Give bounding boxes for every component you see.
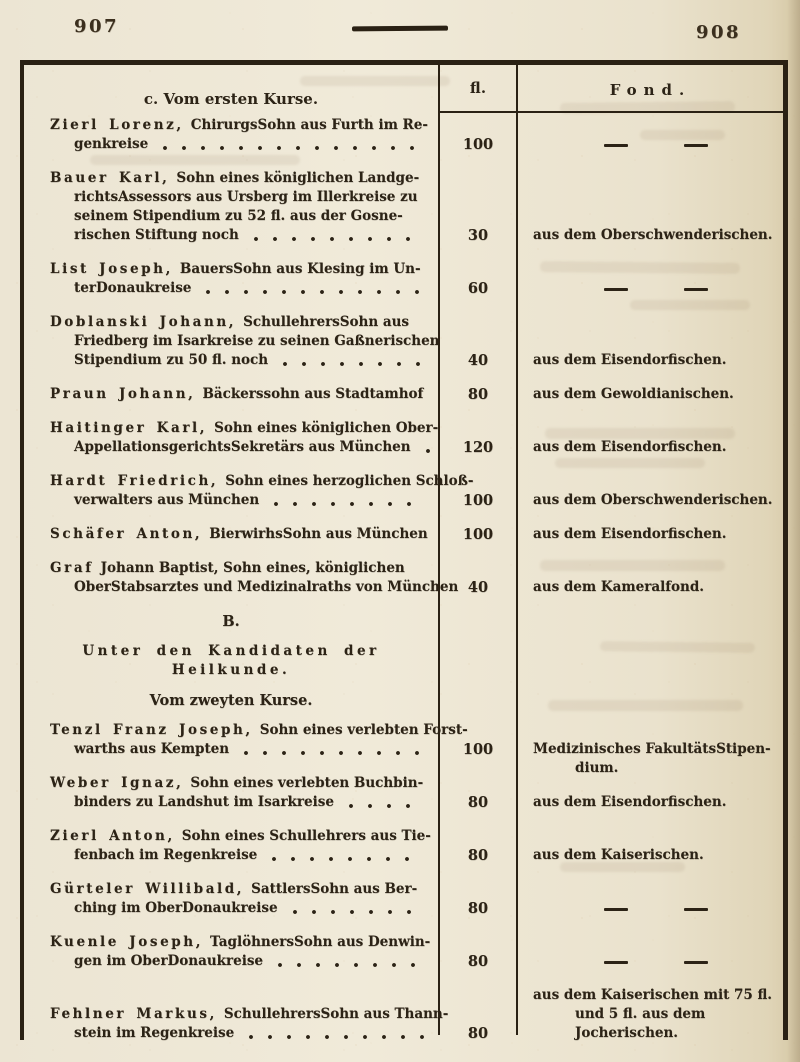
table-header-row: c. Vom ersten Kurse. fl. Fond. [24,65,783,111]
entry-line: verwalters aus München [50,491,432,510]
dash-icon [684,961,708,964]
column-divider-fund [516,65,518,1035]
table-row: Bauer Karl,Sohn eines königlichen Landge… [24,169,783,245]
entry-line: richtsAssessors aus Ursberg im Illerkrei… [50,188,432,207]
entry-text: terDonaukreise [74,279,191,298]
person-name: Schäfer Anton, [50,525,209,544]
entry-line: Fehlner Markus,SchullehrersSohn aus Than… [50,1005,432,1024]
fund-text: aus dem Eisendorfischen. [533,351,779,370]
entry-text: Sohn eines herzoglichen Schloß- [225,472,473,491]
amount-cell: 40 [438,578,518,597]
fund-cell: aus dem Oberschwenderischen. [518,226,783,245]
entry-text: Johann Baptist, Sohn eines, königlichen [101,559,405,578]
entry-text: Sohn eines königlichen Ober- [214,419,438,438]
table-row: Fehlner Markus,SchullehrersSohn aus Than… [24,986,783,1043]
name-cell: Haitinger Karl,Sohn eines königlichen Ob… [24,419,438,457]
fund-text: dium. [533,759,779,778]
person-name: List Joseph, [50,260,180,279]
dot-leader [253,236,424,242]
entry-line: binders zu Landshut im Isarkreise [50,793,432,812]
entry-text: richtsAssessors aus Ursberg im Illerkrei… [74,188,418,207]
entry-line: fenbach im Regenkreise [50,846,432,865]
entry-text: SchullehrersSohn aus Thann- [224,1005,448,1024]
no-fund-dashes [533,961,779,971]
table-row: Zierl Anton,Sohn eines Schullehrers aus … [24,827,783,865]
entry-line: Kuenle Joseph,TaglöhnersSohn aus Denwin- [50,933,432,952]
entry-text: stein im Regenkreise [74,1024,234,1043]
entry-line: rischen Stiftung noch [50,226,432,245]
table-row: Schäfer Anton,BierwirhsSohn aus München … [24,525,783,544]
table-row: Unter den Kandidaten der Heilkunde. [24,642,783,680]
entry-line: Zierl Lorenz,ChirurgsSohn aus Furth im R… [50,116,432,135]
table-row: Hardt Friedrich,Sohn eines herzoglichen … [24,472,783,510]
entry-text: Sohn eines verlebten Forst- [260,721,468,740]
amount-cell: 60 [438,279,518,298]
stipend-table: c. Vom ersten Kurse. fl. Fond. Zierl Lor… [20,60,788,1040]
name-cell: B. [24,612,438,631]
amount-cell: 80 [438,899,518,918]
entry-text: Sohn eines königlichen Landge- [176,169,419,188]
entry-text: Sohn eines Schullehrers aus Tie- [182,827,431,846]
no-fund-dashes [533,144,779,154]
entry-line: gen im OberDonaukreise [50,952,432,971]
amount-cell: 80 [438,793,518,812]
fund-cell [518,908,783,918]
table-row: List Joseph,BauersSohn aus Klesing im Un… [24,260,783,298]
dash-icon [604,961,628,964]
entry-line: stein im Regenkreise [50,1024,432,1043]
name-cell: Zierl Anton,Sohn eines Schullehrers aus … [24,827,438,865]
fund-text: aus dem Kaiserischen. [533,846,779,865]
amount-cell: 80 [438,1024,518,1043]
entry-text: warths aus Kempten [74,740,229,759]
page-edge-shading [787,0,800,1062]
table-row: Kuenle Joseph,TaglöhnersSohn aus Denwin-… [24,933,783,971]
dash-icon [684,908,708,911]
table-row: Haitinger Karl,Sohn eines königlichen Ob… [24,419,783,457]
person-name: Zierl Anton, [50,827,182,846]
amount-cell: 100 [438,491,518,510]
entry-line: Friedberg im Isarkreise zu seinen Gaßner… [50,332,432,351]
entry-line: genkreise [50,135,432,154]
name-cell: Tenzl Franz Joseph,Sohn eines verlebten … [24,721,438,759]
page-number-left: 907 [74,16,119,37]
dot-leader [282,361,424,367]
entry-text: fenbach im Regenkreise [74,846,257,865]
fund-cell: aus dem Eisendorfischen. [518,351,783,370]
entry-line: Tenzl Franz Joseph,Sohn eines verlebten … [50,721,432,740]
entry-text: SchullehrersSohn aus [243,313,409,332]
entry-text: seinem Stipendium zu 52 fl. aus der Gosn… [74,207,403,226]
entry-text: AppellationsgerichtsSekretärs aus Münche… [74,438,411,457]
person-name: Doblanski Johann, [50,313,243,332]
fund-text: aus dem Eisendorfischen. [533,793,779,812]
dot-leader [277,962,424,968]
name-cell: Fehlner Markus,SchullehrersSohn aus Than… [24,1005,438,1043]
fund-cell: aus dem Eisendorfischen. [518,525,783,544]
no-fund-dashes [533,908,779,918]
entry-line: Stipendium zu 50 fl. noch [50,351,432,370]
entry-line: Zierl Anton,Sohn eines Schullehrers aus … [50,827,432,846]
person-name: Gürteler Willibald, [50,880,251,899]
entry-text: Sohn eines verlebten Buchbin- [190,774,423,793]
entry-line: List Joseph,BauersSohn aus Klesing im Un… [50,260,432,279]
dot-leader [248,1034,424,1040]
entry-line: seinem Stipendium zu 52 fl. aus der Gosn… [50,207,432,226]
page-number-right: 908 [696,22,741,43]
dot-leader [348,803,424,809]
dot-leader [273,501,424,507]
table-row: Doblanski Johann,SchullehrersSohn ausFri… [24,313,783,370]
entry-line: Bauer Karl,Sohn eines königlichen Landge… [50,169,432,188]
page-header-rule [352,26,448,32]
fund-cell [518,961,783,971]
table-row: GrafJohann Baptist, Sohn eines, königlic… [24,559,783,597]
table-row: Weber Ignaz,Sohn eines verlebten Buchbin… [24,774,783,812]
fund-text: aus dem Kameralfond. [533,578,779,597]
entry-line: Hardt Friedrich,Sohn eines herzoglichen … [50,472,432,491]
person-name: Fehlner Markus, [50,1005,224,1024]
fund-cell: aus dem Eisendorfischen. [518,438,783,457]
entry-line: Praun Johann,Bäckerssohn aus Stadtamhof [50,385,432,404]
amount-cell: 80 [438,846,518,865]
table-rows: Zierl Lorenz,ChirurgsSohn aus Furth im R… [24,111,783,1043]
name-cell: Doblanski Johann,SchullehrersSohn ausFri… [24,313,438,370]
entry-line: OberStabsarztes und Medizinalraths von M… [50,578,432,597]
dot-leader [292,909,424,915]
table-row: Tenzl Franz Joseph,Sohn eines verlebten … [24,721,783,759]
scanned-book-page: { "page": { "page_number_left": "907", "… [0,0,800,1062]
name-cell: Unter den Kandidaten der Heilkunde. [24,642,438,680]
person-name: Zierl Lorenz, [50,116,191,135]
table-row: B. [24,612,783,631]
fund-text: aus dem Gewoldianischen. [533,385,779,404]
section-heading: Vom zweyten Kurse. [32,691,430,710]
entry-text: Bäckerssohn aus Stadtamhof [202,385,423,404]
name-cell: Praun Johann,Bäckerssohn aus Stadtamhof [24,385,438,404]
entry-line: AppellationsgerichtsSekretärs aus Münche… [50,438,432,457]
name-cell: GrafJohann Baptist, Sohn eines, königlic… [24,559,438,597]
dash-icon [684,288,708,291]
amount-cell: 120 [438,438,518,457]
dash-icon [604,144,628,147]
table-row: Gürteler Willibald,SattlersSohn aus Ber-… [24,880,783,918]
section-heading: B. [32,612,430,631]
fund-text: aus dem Oberschwenderischen. [533,491,779,510]
fund-cell: aus dem Kaiserischen mit 75 fl.und 5 fl.… [518,986,783,1043]
amount-cell: 80 [438,385,518,404]
fund-text: aus dem Eisendorfischen. [533,525,779,544]
fund-text: Medizinisches FakultätsStipen- [533,740,779,759]
name-cell: Zierl Lorenz,ChirurgsSohn aus Furth im R… [24,116,438,154]
name-cell: List Joseph,BauersSohn aus Klesing im Un… [24,260,438,298]
section-heading: Unter den Kandidaten der Heilkunde. [32,642,430,680]
fund-cell [518,288,783,298]
entry-text: BauersSohn aus Klesing im Un- [180,260,421,279]
fund-text: aus dem Eisendorfischen. [533,438,779,457]
course-section-heading: c. Vom ersten Kurse. [24,90,438,111]
dash-icon [684,144,708,147]
amount-cell: 40 [438,351,518,370]
fund-text: und 5 fl. aus dem Jocherischen. [533,1005,779,1043]
entry-text: Stipendium zu 50 fl. noch [74,351,268,370]
person-name: Weber Ignaz, [50,774,190,793]
fund-column-header: Fond. [518,81,783,111]
name-cell: Kuenle Joseph,TaglöhnersSohn aus Denwin-… [24,933,438,971]
entry-text: verwalters aus München [74,491,259,510]
fund-text: aus dem Oberschwenderischen. [533,226,779,245]
name-cell: Gürteler Willibald,SattlersSohn aus Ber-… [24,880,438,918]
entry-line: Doblanski Johann,SchullehrersSohn aus [50,313,432,332]
person-name: Tenzl Franz Joseph, [50,721,260,740]
dot-leader [243,750,424,756]
fund-cell: aus dem Oberschwenderischen. [518,491,783,510]
name-cell: Hardt Friedrich,Sohn eines herzoglichen … [24,472,438,510]
table-row: Zierl Lorenz,ChirurgsSohn aus Furth im R… [24,116,783,154]
amount-cell: 100 [438,740,518,759]
entry-text: ChirurgsSohn aus Furth im Re- [191,116,428,135]
person-name: Haitinger Karl, [50,419,214,438]
fund-cell: aus dem Eisendorfischen. [518,793,783,812]
person-name: Graf [50,559,101,578]
fund-text: aus dem Kaiserischen mit 75 fl. [533,986,779,1005]
entry-text: gen im OberDonaukreise [74,952,263,971]
entry-text: SattlersSohn aus Ber- [251,880,417,899]
name-cell: Weber Ignaz,Sohn eines verlebten Buchbin… [24,774,438,812]
header-underline [438,111,783,113]
dot-leader [271,856,424,862]
name-cell: Schäfer Anton,BierwirhsSohn aus München [24,525,438,544]
person-name: Praun Johann, [50,385,202,404]
name-cell: Vom zweyten Kurse. [24,691,438,710]
table-row: Praun Johann,Bäckerssohn aus Stadtamhof … [24,385,783,404]
amount-cell: 100 [438,135,518,154]
entry-line: ching im OberDonaukreise [50,899,432,918]
entry-text: genkreise [74,135,148,154]
amount-cell: 30 [438,226,518,245]
fund-cell: aus dem Kameralfond. [518,578,783,597]
entry-line: warths aus Kempten [50,740,432,759]
name-cell: Bauer Karl,Sohn eines königlichen Landge… [24,169,438,245]
fund-cell: aus dem Gewoldianischen. [518,385,783,404]
fund-cell [518,144,783,154]
table-row: Vom zweyten Kurse. [24,691,783,710]
column-divider-amount [438,65,440,1035]
entry-text: OberStabsarztes und Medizinalraths von M… [74,578,458,597]
fund-cell: Medizinisches FakultätsStipen-dium. [518,740,783,778]
person-name: Bauer Karl, [50,169,176,188]
entry-line: Weber Ignaz,Sohn eines verlebten Buchbin… [50,774,432,793]
entry-text: Friedberg im Isarkreise zu seinen Gaßner… [74,332,440,351]
amount-cell: 100 [438,525,518,544]
entry-text: ching im OberDonaukreise [74,899,278,918]
dot-leader [205,289,424,295]
dot-leader [162,145,424,151]
entry-line: GrafJohann Baptist, Sohn eines, königlic… [50,559,432,578]
dash-icon [604,908,628,911]
amount-cell: 80 [438,952,518,971]
entry-text: TaglöhnersSohn aus Denwin- [210,933,430,952]
entry-text: rischen Stiftung noch [74,226,239,245]
amount-column-header: fl. [438,79,518,111]
entry-line: terDonaukreise [50,279,432,298]
fund-cell: aus dem Kaiserischen. [518,846,783,865]
no-fund-dashes [533,288,779,298]
entry-line: Haitinger Karl,Sohn eines königlichen Ob… [50,419,432,438]
entry-line: Schäfer Anton,BierwirhsSohn aus München [50,525,432,544]
person-name: Kuenle Joseph, [50,933,210,952]
entry-text: binders zu Landshut im Isarkreise [74,793,334,812]
person-name: Hardt Friedrich, [50,472,225,491]
dash-icon [604,288,628,291]
entry-line: Gürteler Willibald,SattlersSohn aus Ber- [50,880,432,899]
entry-text: BierwirhsSohn aus München [209,525,427,544]
